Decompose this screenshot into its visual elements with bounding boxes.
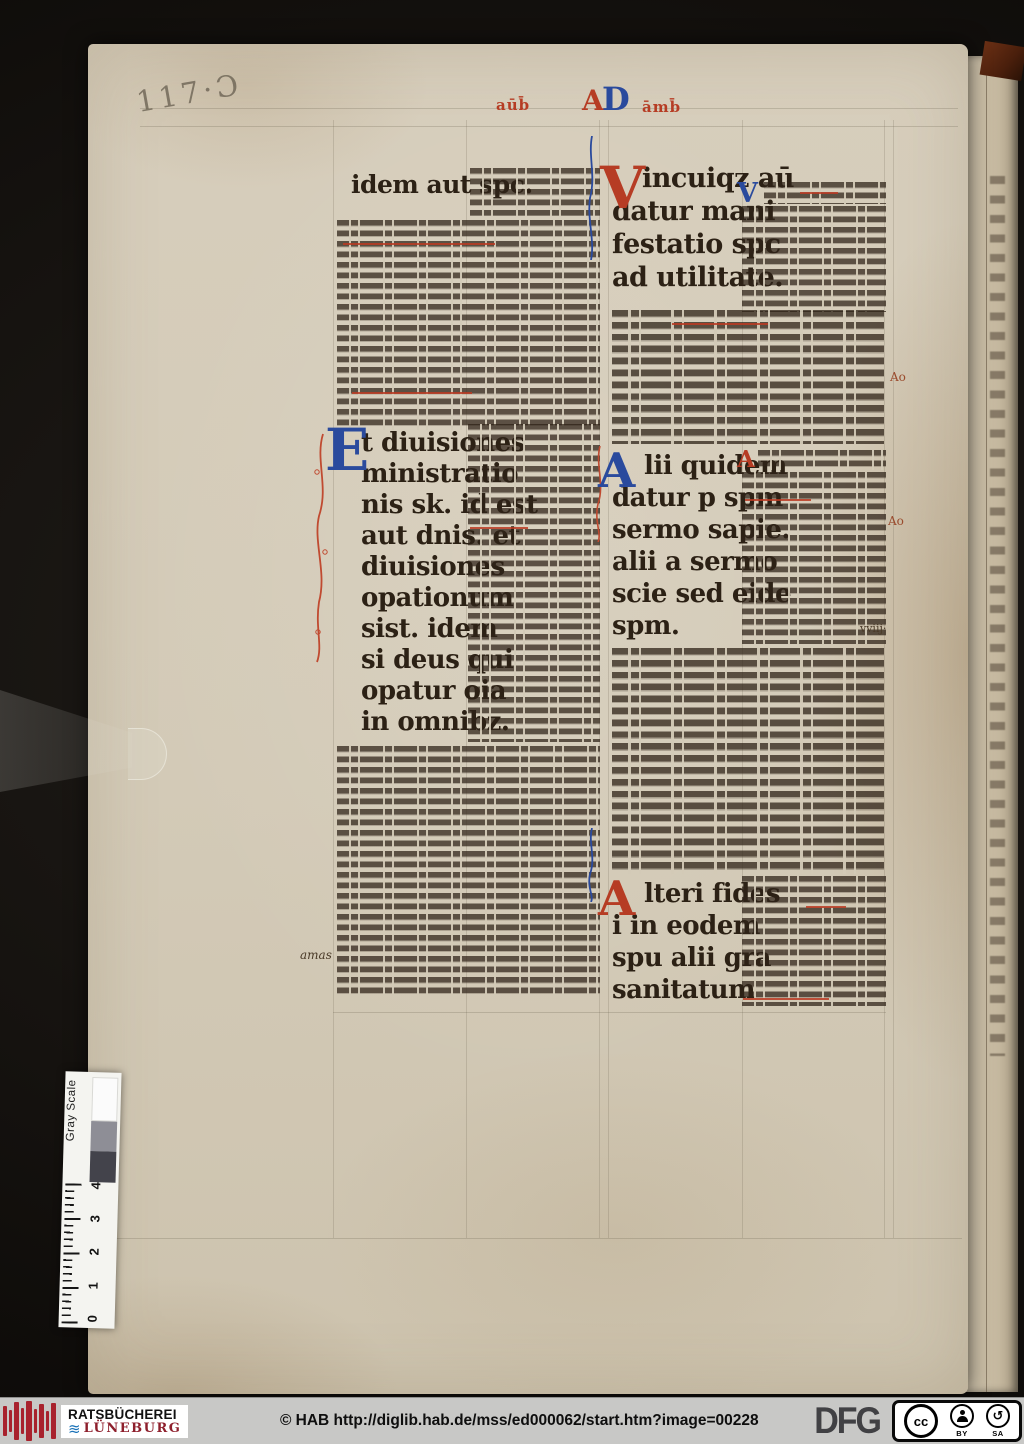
cc-by-group: BY <box>950 1404 974 1438</box>
ruling-line <box>893 120 894 1238</box>
gray-patch-mid <box>90 1121 117 1152</box>
display-line: scie sed eide <box>612 578 762 610</box>
cc-license-badge: cc BY ↺ SA <box>892 1400 1022 1442</box>
gray-scale-ruler: Gray Scale 01234 <box>58 1071 121 1328</box>
marginal-note-right-2: Ao <box>888 514 904 528</box>
initial-a2: A <box>598 878 635 921</box>
initial-v: V <box>600 162 645 214</box>
image-credit: © HAB http://diglib.hab.de/mss/ed000062/… <box>224 1412 814 1430</box>
running-header-initial-d: D <box>602 80 630 118</box>
rubric-underline <box>745 499 811 501</box>
gloss-block <box>468 424 600 742</box>
ruler-number: 4 <box>88 1182 103 1190</box>
ruler-ticks-major <box>62 1183 82 1323</box>
gloss-initial-v: V <box>737 180 758 207</box>
marginal-note-right-3: vviij· <box>860 622 886 635</box>
marginal-note-left: amas <box>300 948 332 962</box>
gray-scale-label: Gray Scale <box>65 1079 79 1141</box>
ruling-line <box>96 1238 962 1239</box>
ruler-number: 2 <box>86 1248 101 1256</box>
library-name: RATSBÜCHEREI <box>68 1407 181 1422</box>
person-icon <box>950 1404 974 1428</box>
rubric-underline <box>470 527 528 529</box>
running-header-right: āmb̄ <box>642 98 681 116</box>
rubric-underline <box>800 192 838 194</box>
display-line: ad utilitate. <box>612 261 762 294</box>
gray-scale-patches <box>90 1077 119 1183</box>
gloss-block <box>742 876 886 1006</box>
library-logo: RATSBÜCHEREI ≋ LÜNEBURG <box>61 1405 188 1438</box>
display-text-a1: A lii quidemdatur p spmsermo sapie.alii … <box>602 450 762 642</box>
initial-a1: A <box>598 450 635 493</box>
running-header-left: aūb̄ <box>496 96 530 114</box>
library-city: LÜNEBURG <box>84 1422 182 1436</box>
running-header-initial-a: A <box>582 84 604 117</box>
gloss-initial-a: A <box>737 448 755 471</box>
folio-edge-text <box>990 176 1005 1056</box>
dfg-logo: DFG <box>814 1400 880 1442</box>
rubric-underline <box>743 998 829 1000</box>
library-logo-bars <box>3 1400 56 1442</box>
gloss-block <box>742 206 886 312</box>
text-block <box>337 746 600 994</box>
display-line: sermo sapie. <box>612 514 762 546</box>
cc-icon: cc <box>904 1404 938 1438</box>
display-line: festatio spc <box>612 228 762 261</box>
gray-patch-white <box>91 1077 118 1122</box>
initial-e: E <box>325 424 369 476</box>
photo-stage: 117·Ɔ aūb̄ A D āmb̄ idem aut spc. E t di… <box>0 0 1024 1444</box>
footer-bar: RATSBÜCHEREI ≋ LÜNEBURG © HAB http://dig… <box>0 1397 1024 1444</box>
text-block <box>337 220 600 430</box>
ruling-line <box>140 126 958 127</box>
text-block <box>612 648 884 874</box>
share-alike-icon: ↺ <box>986 1404 1010 1428</box>
ruler-number: 3 <box>87 1215 102 1223</box>
rubric-underline <box>672 323 768 325</box>
gloss-block <box>470 168 600 216</box>
gloss-block <box>742 472 886 644</box>
ruling-line <box>140 108 958 109</box>
by-label: BY <box>956 1429 967 1438</box>
ruler-number: 1 <box>86 1281 101 1289</box>
display-line: alii a sermo <box>612 546 762 578</box>
marginal-note-right-1: Ao <box>890 370 906 384</box>
gloss-block <box>758 450 886 470</box>
text-block <box>612 310 884 444</box>
ruler-number: 0 <box>85 1315 100 1323</box>
display-line: spu alii gra <box>612 942 762 974</box>
blue-paraph-flourish <box>586 136 598 260</box>
binding-leather <box>980 41 1024 81</box>
ruling-line <box>333 1012 886 1013</box>
rubric-underline <box>343 243 495 245</box>
display-line: sanitatum <box>612 974 762 1006</box>
cc-sa-group: ↺ SA <box>986 1404 1010 1438</box>
gray-patch-dark <box>90 1151 117 1183</box>
display-line: spm. <box>612 610 762 642</box>
wave-icon: ≋ <box>68 1422 81 1437</box>
rubric-underline <box>806 906 846 908</box>
sa-label: SA <box>992 1429 1003 1438</box>
rubric-underline <box>352 392 472 394</box>
display-text-a2: A lteri fidesi in eodemspu alii grasanit… <box>602 878 762 1006</box>
blue-paraph-flourish <box>586 828 598 902</box>
folio-crease <box>986 56 987 1392</box>
